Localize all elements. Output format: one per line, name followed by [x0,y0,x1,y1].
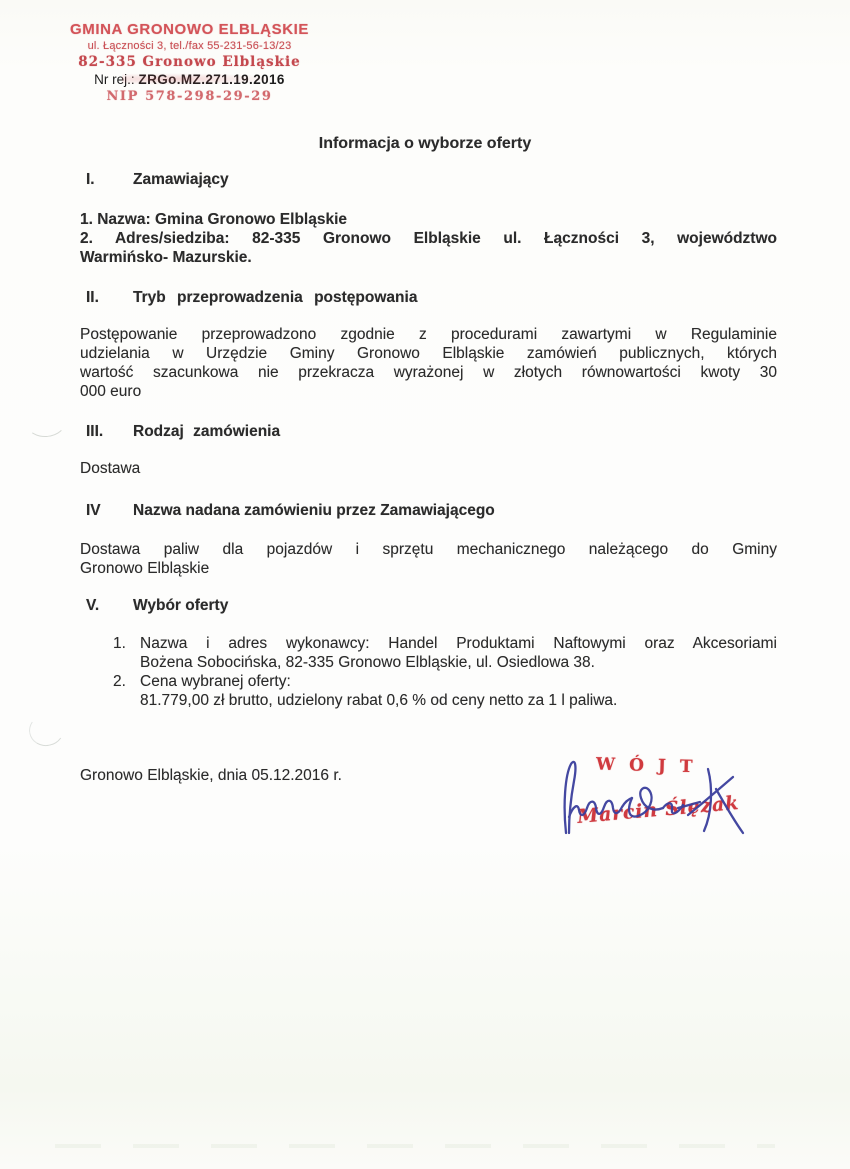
stamp-agency-name: GMINA GRONOWO ELBLĄSKIE [52,21,327,38]
buyer-address-line-2: Warmińsko- Mazurskie. [80,248,252,267]
section-4-number: IV [86,501,101,520]
registry-number-line: Nr rej.: ZRGo.MZ.271.19.2016 [52,72,327,87]
order-name-line: Dostawa paliw dla pojazdów i sprzętu mec… [80,540,777,559]
section-3-number: III. [86,422,103,441]
order-type-value: Dostawa [80,459,140,478]
section-4-heading: Nazwa nadana zamówieniu przez Zamawiając… [133,501,495,520]
section-1-heading: Zamawiający [133,170,229,189]
procedure-paragraph-line: udzielania w Urzędzie Gminy Gronowo Elbl… [80,344,777,363]
scanned-document-page: GMINA GRONOWO ELBLĄSKIE ul. Łączności 3,… [0,0,850,1169]
section-2-heading: Tryb przeprowadzenia postępowania [133,288,417,307]
place-and-date-line: Gronowo Elbląskie, dnia 05.12.2016 r. [80,766,342,785]
handwritten-signature [556,751,751,849]
price-label-line: Cena wybranej oferty: [140,672,291,691]
stamp-address-phone: ul. Łączności 3, tel./fax 55-231-56-13/2… [52,40,327,52]
section-2-number: II. [86,288,99,307]
document-title: Informacja o wyborze oferty [0,134,850,153]
scan-artifact-arc [26,711,67,750]
order-name-line-2: Gronowo Elbląskie [80,559,209,578]
section-1-number: I. [86,170,95,189]
stamp-ink-smudge [122,73,282,85]
stamp-nip: NIP 578-298-29-29 [52,89,327,104]
contractor-line: Nazwa i adres wykonawcy: Handel Produkta… [140,634,777,653]
section-5-number: V. [86,596,99,615]
list-item-2-number: 2. [113,672,126,691]
scan-artifact-arc [25,405,67,438]
stamp-postal-city: 82-335 Gronowo Elbląskie [52,54,327,70]
section-5-heading: Wybór oferty [133,596,228,615]
procedure-paragraph-line: Postępowanie przeprowadzono zgodnie z pr… [80,325,777,344]
procedure-paragraph-line: wartość szacunkowa nie przekracza wyrażo… [80,363,777,382]
scan-artifact-dashes [55,1144,775,1148]
section-3-heading: Rodzaj zamówienia [133,422,280,441]
list-item-1-number: 1. [113,634,126,653]
price-value-line: 81.779,00 zł brutto, udzielony rabat 0,6… [140,691,617,710]
contractor-line-2: Bożena Sobocińska, 82-335 Gronowo Elbląs… [140,653,595,672]
agency-header-stamp: GMINA GRONOWO ELBLĄSKIE ul. Łączności 3,… [52,21,327,104]
buyer-name-line: 1. Nazwa: Gmina Gronowo Elbląskie [80,210,347,229]
buyer-address-line: 2. Adres/siedziba: 82-335 Gronowo Elbląs… [80,229,777,248]
procedure-paragraph-line: 000 euro [80,382,141,401]
